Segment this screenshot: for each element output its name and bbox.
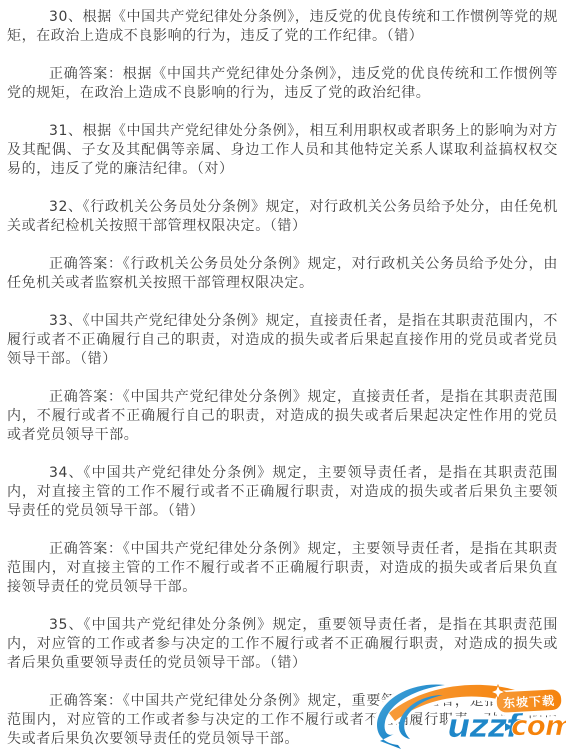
answer-paragraph-32: 正确答案：《行政机关公务员处分条例》规定，对行政机关公务员给予处分，由任免机关或… [7, 255, 558, 293]
document-page: 30、根据《中国共产党纪律处分条例》，违反党的优良传统和工作惯例等党的规矩，在政… [0, 0, 566, 749]
badge-label-text: 东坡下载 [503, 693, 556, 711]
uzzf-logo-icon: uzzf com uzzf com 东坡下载 [365, 677, 566, 749]
answer-paragraph-30: 正确答案：根据《中国共产党纪律处分条例》，违反党的优良传统和工作惯例等党的规矩，… [7, 65, 558, 103]
uzzf-watermark-logo[interactable]: uzzf com uzzf com 东坡下载 [365, 677, 566, 749]
question-paragraph-35: 35、《中国共产党纪律处分条例》规定，重要领导责任者，是指在其职责范围内，对应管… [7, 616, 558, 673]
question-paragraph-32: 32、《行政机关公务员处分条例》规定，对行政机关公务员给予处分，由任免机关或者纪… [7, 198, 558, 236]
question-paragraph-33: 33、《中国共产党纪律处分条例》规定，直接责任者，是指在其职责范围内，不履行或者… [7, 312, 558, 369]
answer-paragraph-33: 正确答案：《中国共产党纪律处分条例》规定，直接责任者，是指在其职责范围内，不履行… [7, 388, 558, 445]
logo-com-text: com [511, 709, 566, 742]
question-paragraph-31: 31、根据《中国共产党纪律处分条例》，相互利用职权或者职务上的影响为对方及其配偶… [7, 122, 558, 179]
document-body: 30、根据《中国共产党纪律处分条例》，违反党的优良传统和工作惯例等党的规矩，在政… [0, 0, 566, 749]
answer-paragraph-34: 正确答案：《中国共产党纪律处分条例》规定，主要领导责任者，是指在其职责范围内，对… [7, 540, 558, 597]
question-paragraph-30: 30、根据《中国共产党纪律处分条例》，违反党的优良传统和工作惯例等党的规矩，在政… [7, 8, 558, 46]
question-paragraph-34: 34、《中国共产党纪律处分条例》规定，主要领导责任者，是指在其职责范围内，对直接… [7, 464, 558, 521]
